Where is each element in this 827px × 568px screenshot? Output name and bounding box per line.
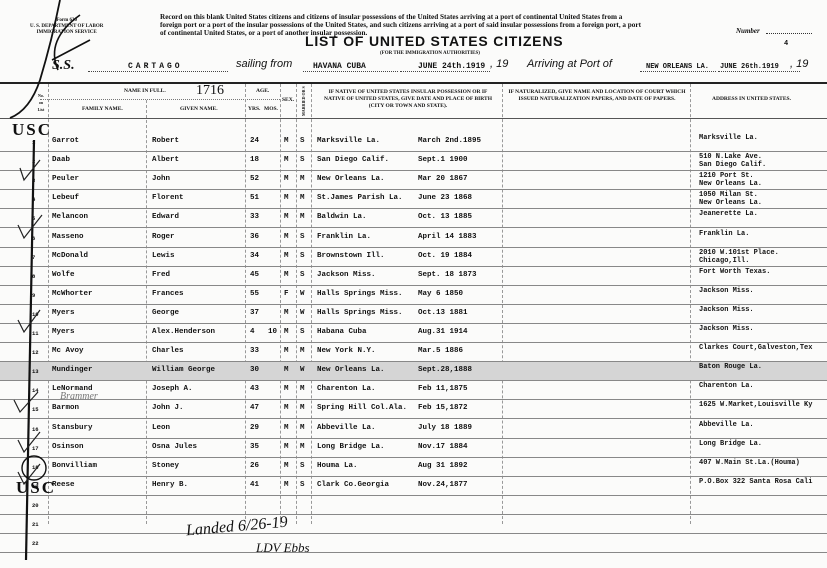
manifest-page: Form 630 U. S. DEPARTMENT OF LABOR IMMIG… <box>0 0 827 568</box>
checkmark-marks-icon <box>0 0 827 568</box>
